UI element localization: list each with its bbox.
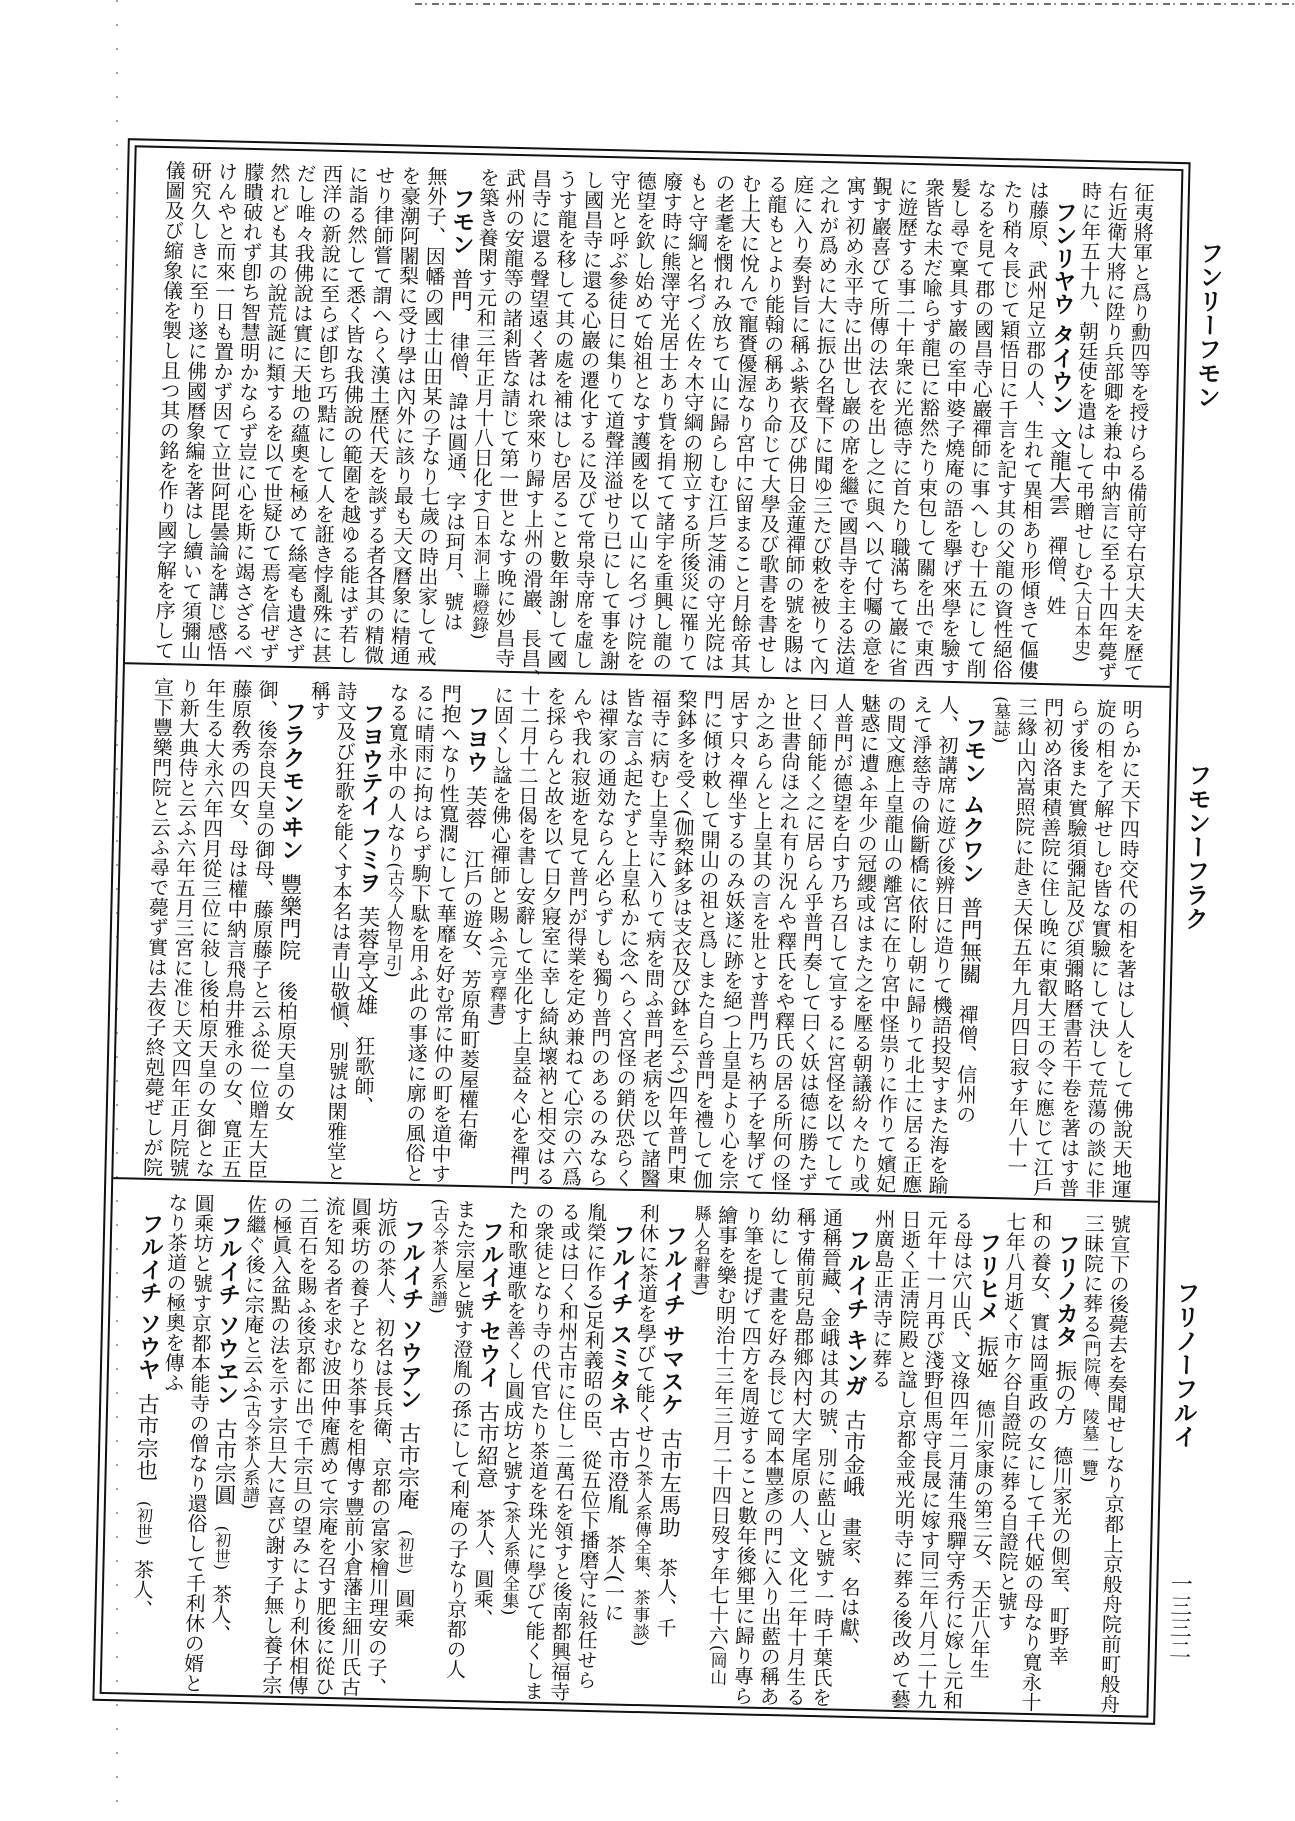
entry-reading: フルイチ スミタネ bbox=[604, 1222, 634, 1415]
entry-name: 普門無關 bbox=[956, 896, 983, 985]
entry-name: 芙蓉 bbox=[462, 785, 488, 830]
entry-reading: フヨウテイ フミヲ bbox=[354, 702, 384, 895]
source-citation: (古今人物早引) bbox=[382, 862, 405, 978]
source-citation: 縣人名辭書) bbox=[689, 1204, 711, 1296]
dictionary-page: 征夷將軍と爲り勳四等を授けらる備前守右京大夫を歷て右近衛大將に陞り兵部卿を兼ね中… bbox=[92, 138, 1190, 1725]
entry-note: (初世) bbox=[134, 1501, 154, 1546]
source-citation: (墓誌) bbox=[989, 696, 1010, 744]
entry-reading: フルイチ サマスケ bbox=[657, 1224, 687, 1417]
entry-name: 古市宗也 bbox=[132, 1393, 159, 1482]
source-citation: (古今茶人系譜) bbox=[239, 1394, 262, 1510]
entry-note: (初世) bbox=[212, 1525, 232, 1570]
entry-name: 文龍大雲 bbox=[1045, 427, 1072, 516]
entry-reading: フリヒメ bbox=[973, 1231, 1001, 1324]
lower-section-columns: 號宣下の後薨去を奏聞せしなり京都上京般舟院前町般舟三昧院に葬る(門院傳、陵墓一覽… bbox=[126, 1192, 1132, 1719]
entry-text: 後柏原天皇の女 bbox=[272, 981, 299, 1122]
entry-reading: フラクモンヰン bbox=[277, 700, 307, 862]
entry-text: 茶人(一に bbox=[601, 1534, 627, 1622]
entry-name: 普門 bbox=[447, 267, 473, 312]
entry-reading: フルイチ ソウヱン bbox=[212, 1213, 242, 1406]
lower-section: 號宣下の後薨去を奏聞せしなり京都上京般舟院前町般舟三昧院に葬る(門院傳、陵墓一覽… bbox=[102, 1177, 1158, 1716]
entry-name: 古市宗圓 bbox=[210, 1417, 237, 1506]
entry-text: なる寬永中の人なり bbox=[382, 682, 410, 862]
source-citation: (茶人系傳全集) bbox=[498, 1500, 521, 1616]
entry-text: 德川家光の側室、町野幸 bbox=[1045, 1445, 1074, 1665]
entry-text: 圓乘 bbox=[391, 1588, 416, 1629]
source-citation: (古今茶人系譜) bbox=[426, 1198, 449, 1314]
source-citation: (茶人系傳全集、茶事談) bbox=[628, 1463, 652, 1647]
source-citation: (岡山 bbox=[706, 1645, 727, 1686]
source-citation: (門院傳、陵墓一覽) bbox=[1077, 1333, 1100, 1483]
upper-section: 征夷將軍と爲り勳四等を授けらる備前守右京大夫を歷て右近衛大將に陞り兵部卿を兼ね中… bbox=[125, 147, 1181, 686]
entry-name: 振の方 bbox=[1051, 1359, 1077, 1426]
entry-reading: フモン bbox=[447, 186, 475, 256]
entry-text: 佐繼ぐ後に宗庵と云ふ bbox=[239, 1194, 268, 1394]
entry-reading: フヨウ bbox=[462, 704, 490, 774]
entry-name: 振姬 bbox=[973, 1335, 999, 1380]
entry-text: 狂歌師、 bbox=[350, 1035, 376, 1116]
entry-reading: フルイチ ソウヤ bbox=[134, 1212, 164, 1382]
page-number: 一三三二 bbox=[1165, 1572, 1193, 1661]
source-citation: (大日本史) bbox=[1070, 581, 1092, 663]
running-head-upper: フンリーフモン bbox=[1193, 240, 1223, 409]
entry-reading: フルイチ ソウアン bbox=[395, 1218, 425, 1411]
entry-note: (初世) bbox=[395, 1530, 415, 1575]
middle-section-columns: 明らかに天下四時交代の相を著はし人をして佛說天地運旋の相を了解せしむ皆な實驗にし… bbox=[138, 677, 1144, 1204]
entry-name: 古市宗庵 bbox=[394, 1422, 421, 1511]
middle-section: 明らかに天下四時交代の相を著はし人をして佛說天地運旋の相を了解せしむ皆な實驗にし… bbox=[113, 662, 1169, 1201]
upper-section-columns: 征夷將軍と爲り勳四等を授けらる備前守右京大夫を歷て右近衛大將に陞り兵部卿を兼ね中… bbox=[150, 160, 1156, 687]
entry-name: 豐樂門院 bbox=[275, 873, 302, 962]
entry-reading: フルイチ セウイ bbox=[474, 1219, 504, 1389]
entry-text: 利休に茶道を學びて能くせり bbox=[631, 1203, 661, 1463]
entry-text: 茶人、 bbox=[207, 1584, 232, 1645]
entry-text: 畫家、名は獻、 bbox=[836, 1517, 863, 1658]
entry-text: 茶人、千 bbox=[653, 1557, 679, 1638]
entry-text: 茶人、 bbox=[129, 1559, 154, 1620]
running-head-lower: フリノーフルイ bbox=[1169, 1280, 1199, 1449]
entry-name: 古市左馬助 bbox=[655, 1428, 682, 1539]
source-citation: (日本洞上聯燈錄) bbox=[468, 507, 491, 640]
entry-reading: フルイチ キンガ bbox=[841, 1228, 871, 1398]
entry-reading: フモン ムクワン bbox=[957, 715, 987, 885]
entry-text: 德川家康の第三女、天正八年生 bbox=[966, 1399, 996, 1679]
entry-reading: フリノカタ bbox=[1051, 1232, 1080, 1348]
scan-artifact-top-edge bbox=[415, 3, 1295, 5]
entry-name: 古市金峨 bbox=[839, 1409, 866, 1498]
entry-text: 禪僧、姓 bbox=[1043, 535, 1069, 616]
entry-name: 古市澄胤 bbox=[603, 1426, 630, 1515]
entry-name: 古市紹意 bbox=[473, 1400, 500, 1489]
entry-reading: フンリヤウ タイウン bbox=[1046, 200, 1077, 416]
entry-name: 芙蓉亭文雄 bbox=[353, 906, 380, 1017]
page-frame: 征夷將軍と爲り勳四等を授けらる備前守右京大夫を歷て右近衛大將に陞り兵部卿を兼ね中… bbox=[100, 145, 1184, 1717]
entry-text: 三昧院に葬る bbox=[1079, 1213, 1106, 1334]
running-head-middle: フモンーフラク bbox=[1181, 762, 1211, 931]
entry-text: 禪僧、信州の bbox=[953, 1004, 980, 1125]
entry-text: 茶人、圓乘、 bbox=[470, 1508, 497, 1629]
source-citation: (元亨釋書) bbox=[485, 945, 507, 1027]
